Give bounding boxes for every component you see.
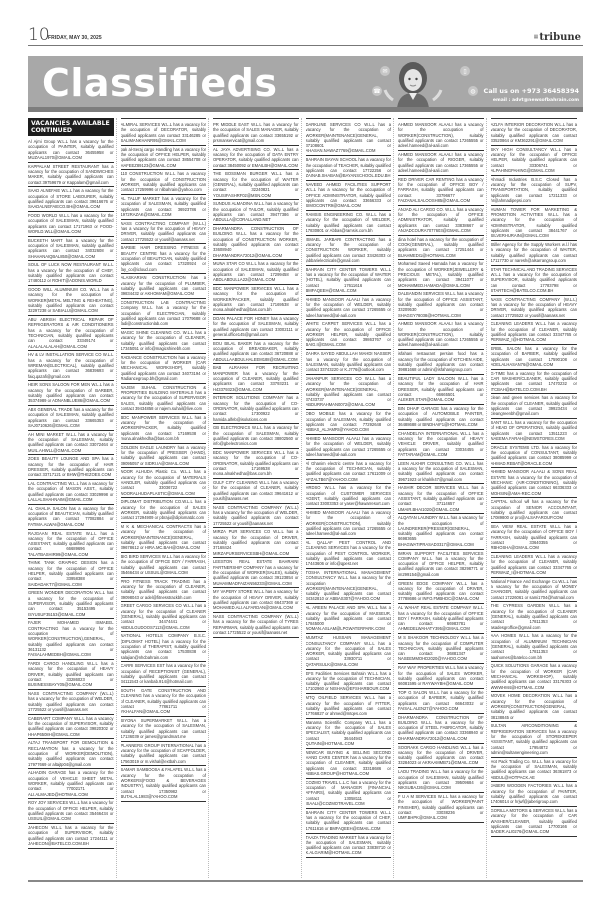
classified-ad: dina hotel has a vacancy for the occupat…: [398, 236, 484, 261]
classified-ad: STAR TECHNICAL AND TRADING SERVICES W.L.…: [491, 266, 578, 296]
classified-ad: JAHANPUR SERVICES CO W.L.L has a vacancy…: [306, 375, 392, 410]
classified-ad: FAJER MOHAMED ISMAEEL CONTRACTING has a …: [28, 619, 114, 660]
classified-ad: LEESTON REAL ESTATE BAHRAINI PARTNERSHIP…: [213, 558, 299, 588]
classified-ad: GORILLA MOTORS & SERVICES W.L.L has a va…: [491, 807, 578, 837]
classified-ad: RADIANCE CONSTRUCTION has a vacancy for …: [121, 354, 207, 384]
classified-ad: AL TALUF MARKET has a vacancy for the oc…: [121, 195, 207, 220]
classified-ad: SKY HIGH CONSULTANCY W.L.L has a vacancy…: [491, 146, 578, 176]
column-3: PR MIDDLE EAST W.L.L has a vacancy for t…: [213, 118, 302, 878]
classified-ad: AAA HOMES W.L.L has a vacancy for the oc…: [491, 632, 578, 662]
classified-ad: RAMSIS ENGINEERING CO. W.L.L has a vacan…: [306, 211, 392, 236]
classified-ad: SAAD ALNEFAIE W.L.L has a vacancy for th…: [28, 187, 114, 212]
classified-ad: NASS CONTRACTING COMPANY (W.L.L) has a v…: [491, 296, 578, 321]
banner-title: Classifieds: [42, 61, 277, 105]
classified-ad: ERBIL SALON has a vacancy for the occupa…: [491, 345, 578, 370]
classified-ad: Mohamed Saeed Hamada has a vacancy for t…: [398, 260, 484, 290]
classified-ad: GOOD WILL ALUMINIUM CO. W.L.L has a vaca…: [28, 286, 114, 316]
classified-ad: AHMED MANSOOR ALAALI has a vacancy for t…: [306, 509, 392, 539]
classified-ad: ORACLE SYSTEMS LTD. has a vacancy for th…: [491, 444, 578, 469]
classified-ad: SAMAR SAMBOOSA & FALAFEL W.L.L has a vac…: [121, 766, 207, 801]
classified-ad: AHMED MANSOOR ALAALI has a vacancy for t…: [398, 151, 484, 176]
classified-ad: M S SHAKOOR TECHNOLOGY W.L.L has a vacan…: [398, 634, 484, 664]
classified-ad: Manama Scientific Company W.L.L has a va…: [306, 719, 392, 749]
classified-ad: AHMED MANSOOR ALAALI & SONS REAL ESTATE …: [491, 468, 578, 498]
classified-ad: MOVEK HOME DECORATION W.L.L has a vacanc…: [491, 692, 578, 722]
issue-date: FRIDAY, MAY 30, 2025: [48, 35, 102, 41]
classified-ad: INTERIOR SOLUTIONS COMPANY has a vacancy…: [213, 394, 299, 424]
classified-ad: HV & LV INSTALLATION SERVICE CO W.L.L ha…: [28, 351, 114, 381]
classified-ad: National Finance And Exchange Co.W.L.L h…: [491, 578, 578, 603]
column-4: DARKLINE SERVICES CO W.L.L has a vacancy…: [306, 118, 395, 878]
classified-ad: COZMO TRAVEL L.L.C has a vacancy for the…: [306, 779, 392, 809]
classified-ad: SOUL OF LUCK NOW RESTAURANT W.L.L has a …: [28, 261, 114, 286]
classified-ad: BDC MANPOWER SERVICES W.L.L has a vacanc…: [213, 449, 299, 479]
assistant-illustration-icon: [373, 60, 453, 108]
classified-ad: JABERI WOODEN FACTORIES W.L.L has a vaca…: [491, 782, 578, 807]
classified-ad: THINK TANK GRAPHIC DESIGN has a vacancy …: [28, 559, 114, 589]
newspaper-logo: ▦tribune: [534, 32, 581, 43]
classified-ad: ZAHRA SAYED ABDULLAH MAHDI NASSER has a …: [306, 350, 392, 375]
classified-ad: AHMED MANSOOR ALAALI has a vacancy for t…: [306, 296, 392, 321]
classified-ad: SOUTH GATE CONSTRUCTION AND CLEANING has…: [121, 687, 207, 717]
classified-ad: ALHADIN GARAGE has a vacancy for the occ…: [28, 769, 114, 799]
classified-ad: ANJAD ALI CARGO CO. W.L.L has a vacancy …: [398, 206, 484, 236]
classified-ad: MUNA STAR CO W.L.L has a vacancy for the…: [213, 260, 299, 285]
page-number: 10: [28, 26, 50, 44]
classified-ad: NOOR ALHUDA Plastic Co. W.L.L has a vaca…: [121, 468, 207, 498]
classified-ad: PRO FITNESS TRACK TRADING has a vacancy …: [121, 578, 207, 603]
classified-ad: MIRZA PUR SERVICES CO W.L.L has a vacanc…: [213, 528, 299, 558]
classified-ad: GB ELECTRONICS W.L.L has a vacancy for t…: [213, 424, 299, 449]
classified-ad: CLEANING LEADERS W.L.L has a vacancy for…: [491, 553, 578, 578]
classified-ad: BDC MANPOWER SERVICES W.L.L has a vacanc…: [213, 285, 299, 315]
classified-ad: AZLFA INTERIOR DECORATION W.L.L has a va…: [491, 121, 578, 146]
contact-phone: Call us on +973 36458394: [484, 87, 579, 95]
classified-ad: THE BOSSMAN BURGER W.L.L has a vacancy f…: [213, 170, 299, 200]
masthead: 10 FRIDAY, MAY 30, 2025 ▦tribune: [28, 26, 583, 46]
classified-ad: OBO MOBILE has a vacancy for the occupat…: [306, 410, 392, 435]
column-rule: [121, 118, 207, 119]
classified-ad: BUCKETH MART has a vacancy for the occup…: [28, 237, 114, 262]
classified-ad: M K & MECHANICAL CONTRACTS has a vacancy…: [121, 523, 207, 553]
mobile-icon: ▯: [460, 66, 470, 76]
ad-list: DARKLINE SERVICES CO W.L.L has a vacancy…: [306, 121, 392, 858]
classified-ad: SOORAKK CARGO HANDLING W.L.L has a vacan…: [398, 744, 484, 769]
classified-ad: CLEANING LEADERS W.L.L has a vacancy for…: [491, 320, 578, 345]
classified-ad: GREEN EDGE COMPANY W.L.L has a vacancy f…: [398, 580, 484, 605]
classified-ad: ISMAEL JARBARI CONTRACTING has a vacancy…: [306, 236, 392, 266]
classified-ad: AHMED MANSOOR ALAALI has a vacancy for t…: [306, 435, 392, 460]
classified-ad: MAGIC SHINE CLEANING CO. W.L.L has a vac…: [121, 329, 207, 354]
column-6: AZLFA INTERIOR DECORATION W.L.L has a va…: [491, 118, 580, 878]
section-heading: VACANCIES AVAILABLE CONTINUED: [28, 118, 114, 136]
classified-ad: JAHECON W.L.L has a vacancy for the occu…: [28, 824, 114, 849]
classified-ad: CARRI SERVICES EST has a vacancy for the…: [121, 662, 207, 687]
classified-ad: pak al-Seraj cargo Handling has a vacanc…: [121, 146, 207, 171]
classified-ad: THE CYPRESS GARDEN W.L.L has a vacancy f…: [491, 602, 578, 632]
classified-ad: BOU BILAL BAKER has a vacancy for the oc…: [213, 340, 299, 365]
classified-ad: NAJEM SUHAIL CONSTRUCTION & PROPERTIES B…: [121, 384, 207, 414]
classified-ad: FARDI CARGO HANDLING W.L.L has a vacancy…: [28, 660, 114, 690]
classifieds-columns: VACANCIES AVAILABLE CONTINUED Al Ajmi Gr…: [28, 118, 583, 878]
classified-ad: AL JAYA ADVERTISING CO. W.L.L has a vaca…: [213, 146, 299, 171]
classified-ad: TAAZA TRADING MARKET has a vacancy for t…: [306, 834, 392, 859]
classified-ad: SULTAN AIRCONDITIONING & REFRIGERATION S…: [491, 722, 578, 757]
classified-ad: RAY WAY PROPERTIES W.L.L has a vacancy f…: [398, 664, 484, 689]
classified-ad: BDC MANPOWER SERVICES W.L.L has a vacanc…: [121, 414, 207, 444]
classified-ad: Ahmadi Industries B.S.C Closed has a vac…: [491, 176, 578, 206]
classified-ad: DHARMANDRA CONSTRUCTION OF BUILDING W.L.…: [398, 714, 484, 744]
classified-ad: ABU ABRISH ELECTRICAL REPAIR OF REFRIGER…: [28, 316, 114, 351]
footer-rule: [28, 880, 583, 882]
classified-ad: RED DRIVER CAR RENTING has a vacancy for…: [398, 176, 484, 206]
classified-ad: BAB ALRAHAH FOR RECRUITING MANPOWER has …: [213, 364, 299, 394]
classified-ad: Stiller Agency for the Supply Workers w.…: [491, 241, 578, 266]
classified-ad: RAJGAAN REAL ESTATE W.L.L has a vacancy …: [28, 530, 114, 560]
classified-ad: NAVEED AHMED FACILITIES SUPPORT W.L.L ha…: [306, 181, 392, 211]
classified-ad: ALTAJ TRANSPORT FOR DEMOLITION & RECLAMA…: [28, 739, 114, 769]
classified-ad: Hot Pack Trading Co. W.L.L has a vacancy…: [491, 758, 578, 783]
classified-ad: BAHRAIN CITY CENTER TOWERS W.L.L has a v…: [306, 809, 392, 834]
classified-ad: HRDSO W.L.L has a vacancy for the occupa…: [306, 484, 392, 509]
classified-ad: isfahani restaurant persian food has a v…: [398, 350, 484, 375]
classified-ad: CABERART COMPANY W.L.L has a vacancy for…: [28, 715, 114, 740]
ad-list: Al Ajmi Group W.L.L has a vacancy for th…: [28, 138, 114, 849]
classified-ad: CONSTRUCTION LAB CONTRACTING Company W.L…: [121, 299, 207, 329]
classified-ad: SUNDUS ALMADINA W.L.L has a vacancy for …: [213, 200, 299, 225]
classified-ad: EFS Facilities Services Bahrain W.L.L ha…: [306, 670, 392, 695]
classified-ad: NASS CONTRACTING COMPANY (W.L.L) has a v…: [28, 690, 114, 715]
column-rule: [491, 118, 578, 119]
ad-list: AHMED MANSOOR ALAALI has a vacancy for t…: [398, 121, 484, 823]
classified-ad: F U A M SERVICES W.L.L has a vacancy for…: [398, 793, 484, 823]
ad-list: ALMIRAL SERVICES W.L.L has a vacancy for…: [121, 121, 207, 802]
column-2: ALMIRAL SERVICES W.L.L has a vacancy for…: [121, 118, 210, 878]
classified-ad: SEA VIEW REAL ESTATE W.L.L has a vacancy…: [491, 523, 578, 553]
classified-ad: BAHRAIN BAYAN SCHOOL has a vacancy for t…: [306, 156, 392, 181]
classified-ad: TOP G SALON W.L.L has a vacancy for the …: [398, 689, 484, 714]
classified-ad: G-TIME has a vacancy for the occupation …: [491, 370, 578, 395]
classified-ad: MTQ OILFIELD SERVICES W.L.L has a vacanc…: [306, 694, 392, 719]
classified-ad: DHARMANDRA CONSTRUCTION OF BUILDING W.L.…: [213, 225, 299, 260]
column-5: AHMED MANSOOR ALAALI has a vacancy for t…: [398, 118, 487, 878]
classified-ad: NATIONAL HOTELS COMPANY B.S.C. (DIPLOMAT…: [121, 632, 207, 662]
classified-ad: AL GHALIA SALON has a vacancy for the oc…: [28, 505, 114, 530]
classified-ad: IMRAN SUPPORT FACILITIES SERVICES COMPAN…: [398, 550, 484, 580]
classified-ad: NEWCAR BUYING & SELLING SECOND HAND CARS…: [306, 749, 392, 779]
ad-list: PR MIDDLE EAST W.L.L has a vacancy for t…: [213, 121, 299, 638]
web-icon: ◍: [468, 86, 478, 96]
classified-ad: GREEN WONDER DECORATION W.L.L has a vaca…: [28, 589, 114, 619]
classified-ad: ALMIRAL SERVICES W.L.L has a vacancy for…: [121, 121, 207, 146]
classified-ad: HUMAN TOWER FOR MARKETING & PROMOTION AC…: [491, 206, 578, 241]
classified-ad: ROY JOY SERVICES W.L.L has a vacancy for…: [28, 799, 114, 824]
classified-ad: clean and green services has a vacancy f…: [491, 394, 578, 419]
column-rule: [213, 118, 299, 119]
classified-ad: LADU TRADING W.L.L has a vacancy for the…: [398, 768, 484, 793]
classified-ad: NASS CONTRACTING COMPANY (W.L.L) has a v…: [213, 504, 299, 529]
classified-ad: 110 CONSTRUCTION W.L.L has a vacancy for…: [121, 170, 207, 195]
classified-ad: AHMED MANSOOR ALAALI has a vacancy for t…: [398, 320, 484, 350]
classified-ad: DIPLOMAT DISTRIBUTION CO.W.L.L has a vac…: [121, 498, 207, 523]
classified-ad: BIG BIRD SERVICES W.L.L has a vacancy fo…: [121, 553, 207, 578]
classified-ad: WHITE CARPET SERVICES W.L.L has a vacanc…: [306, 320, 392, 350]
classified-ad: AL AREEN PALACE AND SPA W.L.L has a vaca…: [306, 604, 392, 634]
classified-ad: TOSHA INTERNATIONAL MANAGEMENT CONSULTAN…: [306, 569, 392, 604]
classified-ad: LEEN ALKHIR CONSULTING CO. W.L.L has a v…: [398, 460, 484, 485]
column-rule: [398, 118, 484, 119]
classified-ad: BAHRAIN CITY CENTER TOWERS W.L.L has a v…: [306, 266, 392, 296]
classified-ad: Al Ajmi Group W.L.L has a vacancy for th…: [28, 138, 114, 163]
classified-ad: CHANDELIYA INTERNATIONAL W.L.L has a vac…: [398, 430, 484, 460]
classified-ad: GULF CITY CLEANING W.L.L has a vacancy f…: [213, 479, 299, 504]
classified-ad: SANT W.L.L has a vacancy for the occupat…: [491, 419, 578, 444]
classified-ad: Al Ghanim electric centre has a vacancy …: [306, 460, 392, 485]
classified-ad: SIYONA SUPERMARKET W.L.L has a vacancy f…: [121, 717, 207, 742]
classified-ad: PR MIDDLE EAST W.L.L has a vacancy for t…: [213, 121, 299, 146]
classified-ad: GREET CARGO SERVICES CO W.L.L has a vaca…: [121, 602, 207, 632]
classified-ad: LAL CONTRACTING W.L.L has a vacancy for …: [28, 480, 114, 505]
classified-ad: KAPPALAM STREET RESTAURANT has a vacancy…: [28, 163, 114, 188]
classified-ad: MUMTAZ HUSSAIN MANAGEMENT CONSULTANCY CO…: [306, 634, 392, 669]
classified-ad: HEIR SONS SALOON FOR MEN W.L.L has a vac…: [28, 381, 114, 406]
column-rule: [306, 118, 392, 119]
classified-ad: BIN DHAIF GARAGE has a vacancy for the o…: [398, 405, 484, 430]
classified-ad: ALASKARIAN CONSTRUCTION has a vacancy fo…: [121, 274, 207, 299]
classified-ad: QUICK SOLUTIONS GARAGE has a vacancy for…: [491, 662, 578, 692]
classified-ad: CAPITAL school wll has a vacancy for the…: [491, 498, 578, 523]
classified-ad: ALQATAN LAUNDRY W.L.L has a vacancy for …: [398, 514, 484, 549]
classified-ad: NASS CONTRACTING COMPANY (W.L.L) has a v…: [213, 613, 299, 638]
logo-mark-icon: ▦: [534, 34, 539, 40]
classified-ad: FOOD WORLD W.L.L has a vacancy for the o…: [28, 212, 114, 237]
classified-ad: BEAUTIFUL LADY SALOON W.L.L has a vacanc…: [398, 375, 484, 405]
classified-ad: MY VAPERY STORE W.L.L has a vacancy for …: [213, 588, 299, 613]
classified-ad: HASHIR DECOR SERVICES W.L.L has a vacanc…: [398, 484, 484, 514]
classified-ad: AHMED MANSOOR ALAALI has a vacancy for t…: [398, 121, 484, 151]
classified-ad: GOLDEN EAGLE LAUNDRY has a vacancy for t…: [121, 444, 207, 469]
classified-ad: DALBANDIN SERVICES W.L.L has a vacancy f…: [398, 290, 484, 320]
classified-ad: BARBIE HAIR DRESSING FITNESS & BEAUTY CE…: [121, 244, 207, 274]
classified-ad: AL QALLAF PEST CONTROL AND CLEANING SERV…: [306, 539, 392, 569]
classified-ad: ZOES BEAUTY LOUNGE AND SPA has a vacancy…: [28, 455, 114, 480]
ad-list: AZLFA INTERIOR DECORATION W.L.L has a va…: [491, 121, 578, 837]
classified-ad: DARKLINE SERVICES CO W.L.L has a vacancy…: [306, 121, 392, 156]
column-1: VACANCIES AVAILABLE CONTINUED Al Ajmi Gr…: [28, 118, 117, 878]
classified-ad: DOAN PALACE FOR HONEY has a vacancy for …: [213, 315, 299, 340]
contact-email: email : advt@newsofbahrain.com: [493, 98, 579, 103]
logo-text: tribune: [539, 32, 581, 43]
classified-ad: PLANNERS GROUP INTERNATIONAL has a vacan…: [121, 742, 207, 767]
classifieds-banner: Classifieds ✉ ☎ ▯ ◍ Call us on +973 3645…: [28, 56, 583, 112]
classified-ad: ABX GENERAL TRADE has a vacancy for the …: [28, 406, 114, 431]
classified-ad: NASS CONTRACTING COMPANY (W.L.L) has a v…: [121, 220, 207, 245]
classified-ad: AH MINI MARKET W.L.L has a vacancy for t…: [28, 431, 114, 456]
classified-ad: AL WAHAT REAL ESTATE COMPANY W.L.L has a…: [398, 604, 484, 634]
